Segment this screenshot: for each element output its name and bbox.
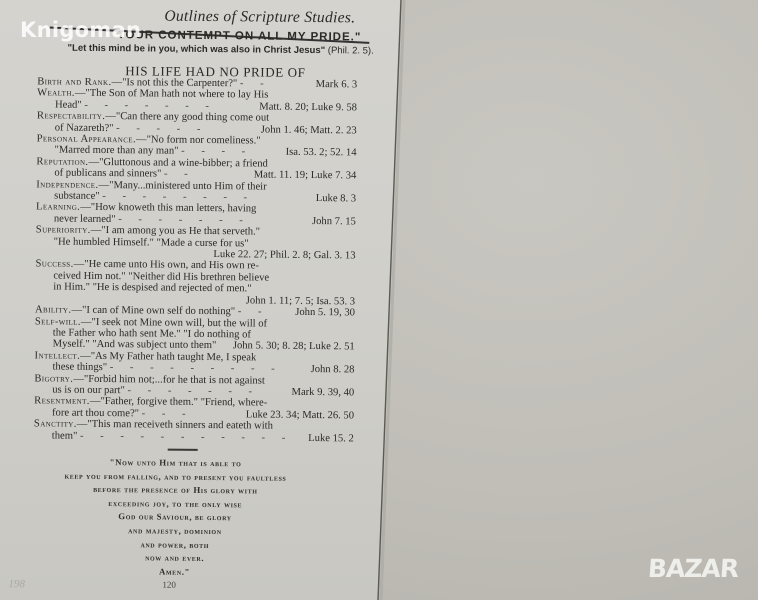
entry-reference: Mark 6. 3: [316, 79, 358, 91]
entry-reference: Isa. 53. 2; 52. 14: [286, 147, 357, 159]
entry-label: Respectability.: [37, 111, 106, 123]
entry-self-will: Self-will.—"I seek not Mine own will, bu…: [35, 316, 355, 353]
entry-wealth: Wealth.—"The Son of Man hath not where t…: [37, 88, 357, 114]
entry-text: of publicans and sinners": [54, 168, 161, 180]
page-number: 120: [162, 580, 176, 590]
epigraph-reference: (Phil. 2. 5).: [328, 45, 374, 56]
entry-reference: Matt. 8. 20; Luke 9. 58: [259, 101, 357, 113]
epigraph: "Let this mind be in you, which was also…: [67, 43, 373, 57]
entry-text: —"No form nor comeliness.": [136, 134, 261, 146]
entry-reference: John 7. 15: [312, 216, 356, 228]
bazar-logo-watermark: BAZAR: [647, 554, 739, 583]
entry-superiority: Superiority.—"I am among you as He that …: [36, 225, 356, 262]
chapter-title: TOUR CONTEMPT ON ALL MY PRIDE.": [118, 29, 362, 43]
entry-reference: John 1. 46; Matt. 2. 23: [261, 124, 357, 136]
entry-text: —"Is not this the Carpenter?": [111, 77, 237, 89]
entry-reference: John 8. 28: [311, 364, 355, 376]
entry-label: Personal Appearance.: [37, 133, 136, 145]
entry-reference: Mark 9. 39, 40: [292, 387, 355, 399]
entry-reference: Luke 15. 2: [308, 433, 354, 445]
entry-text: these things": [52, 362, 107, 374]
benediction: "Now unto Him that is able to keep you f…: [14, 455, 335, 580]
book-photograph: Outlines of Scripture Studies. TOUR CONT…: [0, 0, 758, 600]
page-content: Outlines of Scripture Studies. TOUR CONT…: [0, 0, 380, 600]
entry-label: Success.: [35, 259, 73, 270]
entry-label: Resentment.: [34, 396, 90, 408]
entry-label: Self-will.: [35, 316, 81, 327]
pencil-mark: 198: [8, 578, 25, 590]
knigoman-watermark: Knigoman: [20, 18, 141, 42]
entry-reputation: Reputation.—"Gluttonous and a wine-bibbe…: [36, 156, 356, 182]
entry-text: "Marred more than any man": [55, 145, 179, 157]
entry-reference: Luke 8. 3: [316, 193, 356, 205]
entry-label: Reputation.: [36, 156, 88, 167]
entry-label: Sanctity.: [34, 419, 77, 430]
entry-success: Success.—"He came unto His own, and His …: [35, 259, 355, 308]
entry-text: substance": [54, 191, 100, 202]
section-divider: [168, 449, 198, 451]
entry-text: fore art thou come?": [52, 407, 139, 419]
entry-text: never learned": [54, 213, 116, 225]
entry-label: Independence.: [36, 179, 98, 191]
entry-personal-appearance: Personal Appearance.—"No form nor comeli…: [37, 133, 357, 159]
entry-text: us is on our part": [52, 384, 125, 396]
entry-list: Birth and Rank.—"Is not this the Carpent…: [34, 76, 357, 444]
entry-bigotry: Bigotry.—"Forbid him not;...for he that …: [34, 373, 354, 399]
entry-learning: Learning.—"How knoweth this man letters,…: [36, 202, 356, 228]
entry-resentment: Resentment.—"Father, forgive them." "Fri…: [34, 396, 354, 422]
entry-text: them": [52, 430, 78, 441]
entry-label: Superiority.: [36, 225, 91, 237]
entry-label: Wealth.: [37, 88, 75, 99]
benediction-line: Amen.": [14, 564, 334, 581]
entry-label: Learning.: [36, 202, 80, 213]
entry-label: Intellect.: [35, 350, 81, 361]
entry-text: of Nazareth?": [55, 122, 114, 134]
running-head: Outlines of Scripture Studies.: [140, 7, 380, 27]
entry-reference: Matt. 11. 19; Luke 7. 34: [254, 170, 357, 182]
entry-sanctity: Sanctity.—"This man receiveth sinners an…: [34, 419, 354, 445]
entry-reference: John 5. 19, 30: [295, 307, 355, 319]
entry-intellect: Intellect.—"As My Father hath taught Me,…: [34, 350, 354, 376]
entry-independence: Independence.—"Many...ministered unto Hi…: [36, 179, 356, 205]
entry-label: Birth and Rank.: [37, 76, 111, 88]
entry-label: Bigotry.: [34, 373, 73, 384]
entry-respectability: Respectability.—"Can there any good thin…: [37, 111, 357, 137]
entry-label: Ability.: [35, 304, 72, 315]
epigraph-text: "Let this mind be in you, which was also…: [67, 43, 325, 56]
entry-text: Head": [55, 99, 82, 110]
